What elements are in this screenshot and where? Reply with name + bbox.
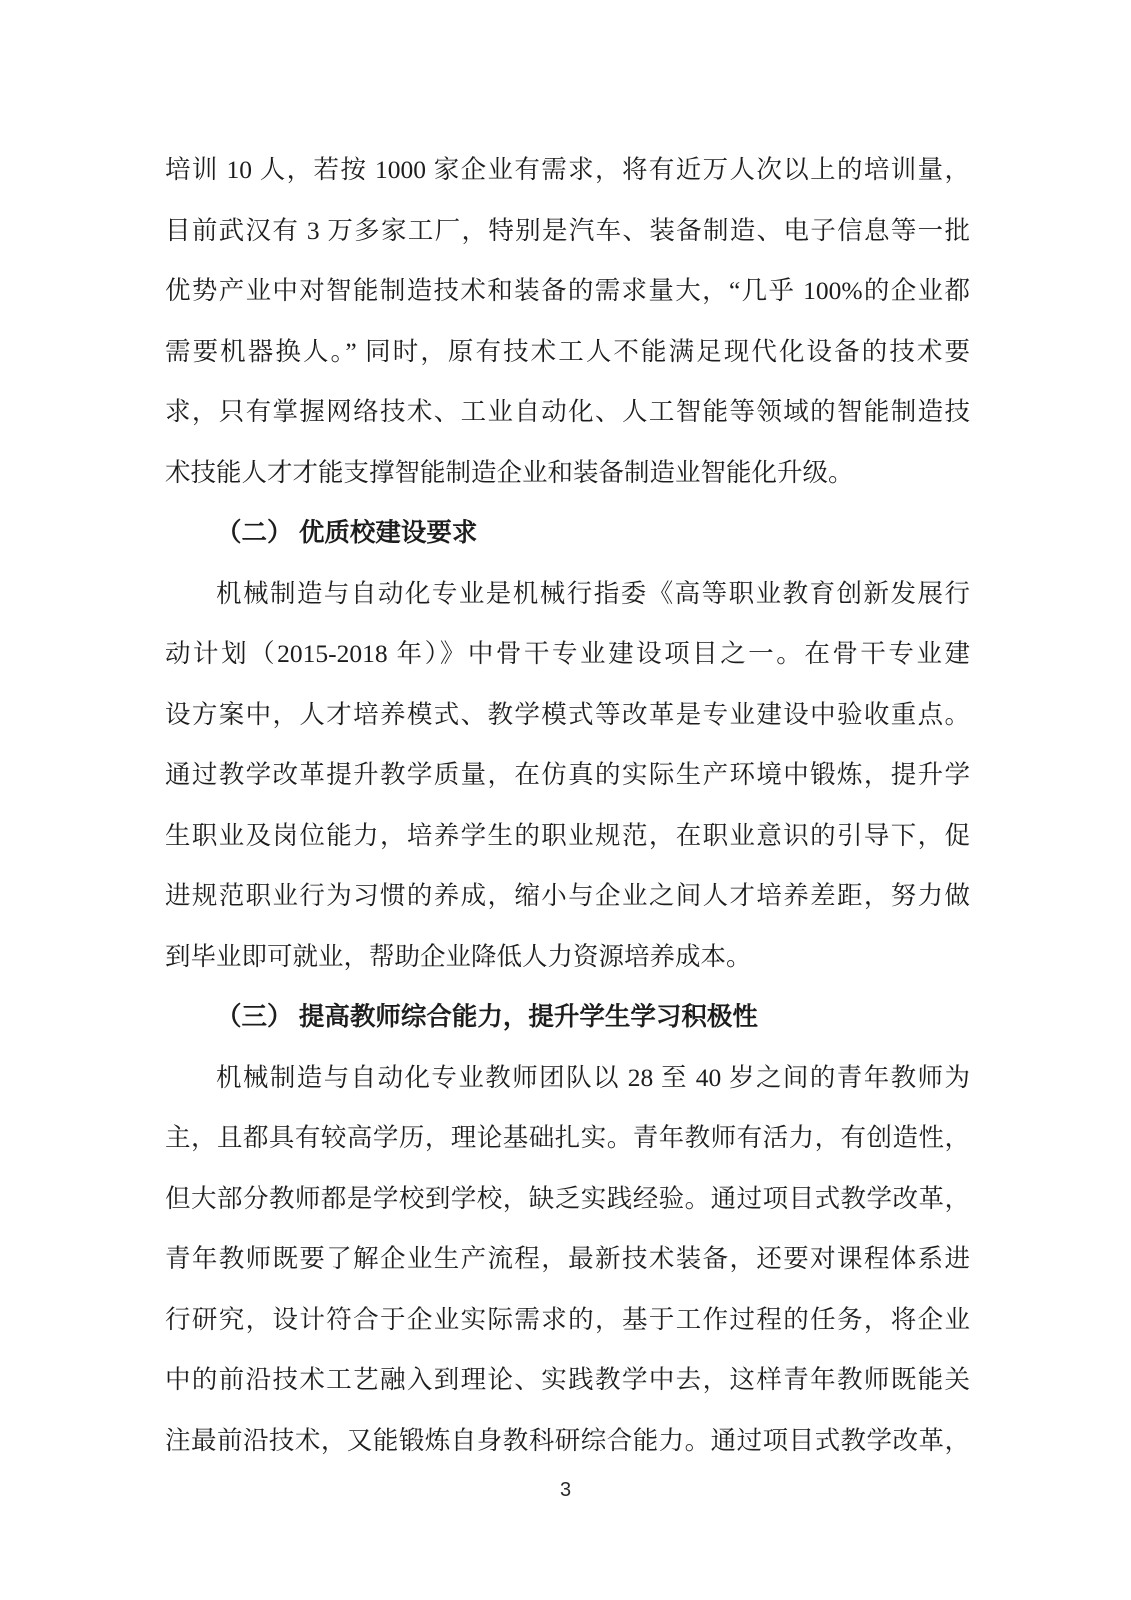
- body-line: 通过教学改革提升教学质量，在仿真的实际生产环境中锻炼，提升学: [165, 745, 970, 806]
- body-line: 目前武汉有 3 万多家工厂，特别是汽车、装备制造、电子信息等一批: [165, 201, 970, 262]
- body-line: 青年教师既要了解企业生产流程，最新技术装备，还要对课程体系进: [165, 1229, 970, 1290]
- body-line: 生职业及岗位能力，培养学生的职业规范，在职业意识的引导下，促: [165, 806, 970, 867]
- section-heading-2: （二） 优质校建设要求: [165, 503, 970, 564]
- body-line: 进规范职业行为习惯的养成，缩小与企业之间人才培养差距，努力做: [165, 866, 970, 927]
- body-line: 到毕业即可就业，帮助企业降低人力资源培养成本。: [165, 927, 970, 988]
- body-line: 注最前沿技术，又能锻炼自身教科研综合能力。通过项目式教学改革，: [165, 1411, 970, 1472]
- body-line: 求，只有掌握网络技术、工业自动化、人工智能等领域的智能制造技: [165, 382, 970, 443]
- body-line: 主，且都具有较高学历，理论基础扎实。青年教师有活力，有创造性，: [165, 1108, 970, 1169]
- document-body: 培训 10 人，若按 1000 家企业有需求，将有近万人次以上的培训量， 目前武…: [165, 140, 970, 1471]
- document-page: 培训 10 人，若按 1000 家企业有需求，将有近万人次以上的培训量， 目前武…: [0, 0, 1131, 1600]
- page-number: 3: [0, 1478, 1131, 1502]
- body-line: 设方案中，人才培养模式、教学模式等改革是专业建设中验收重点。: [165, 685, 970, 746]
- body-line: 行研究，设计符合于企业实际需求的，基于工作过程的任务，将企业: [165, 1290, 970, 1351]
- paragraph-first-line: 机械制造与自动化专业教师团队以 28 至 40 岁之间的青年教师为: [165, 1048, 970, 1109]
- body-line: 动计划（2015-2018 年）》中骨干专业建设项目之一。在骨干专业建: [165, 624, 970, 685]
- body-line: 需要机器换人。” 同时，原有技术工人不能满足现代化设备的技术要: [165, 322, 970, 383]
- body-line: 但大部分教师都是学校到学校，缺乏实践经验。通过项目式教学改革，: [165, 1169, 970, 1230]
- section-heading-3: （三） 提高教师综合能力，提升学生学习积极性: [165, 987, 970, 1048]
- paragraph-first-line: 机械制造与自动化专业是机械行指委《高等职业教育创新发展行: [165, 564, 970, 625]
- body-line: 术技能人才才能支撑智能制造企业和装备制造业智能化升级。: [165, 443, 970, 504]
- body-line: 培训 10 人，若按 1000 家企业有需求，将有近万人次以上的培训量，: [165, 140, 970, 201]
- body-line: 优势产业中对智能制造技术和装备的需求量大，“几乎 100%的企业都: [165, 261, 970, 322]
- body-line: 中的前沿技术工艺融入到理论、实践教学中去，这样青年教师既能关: [165, 1350, 970, 1411]
